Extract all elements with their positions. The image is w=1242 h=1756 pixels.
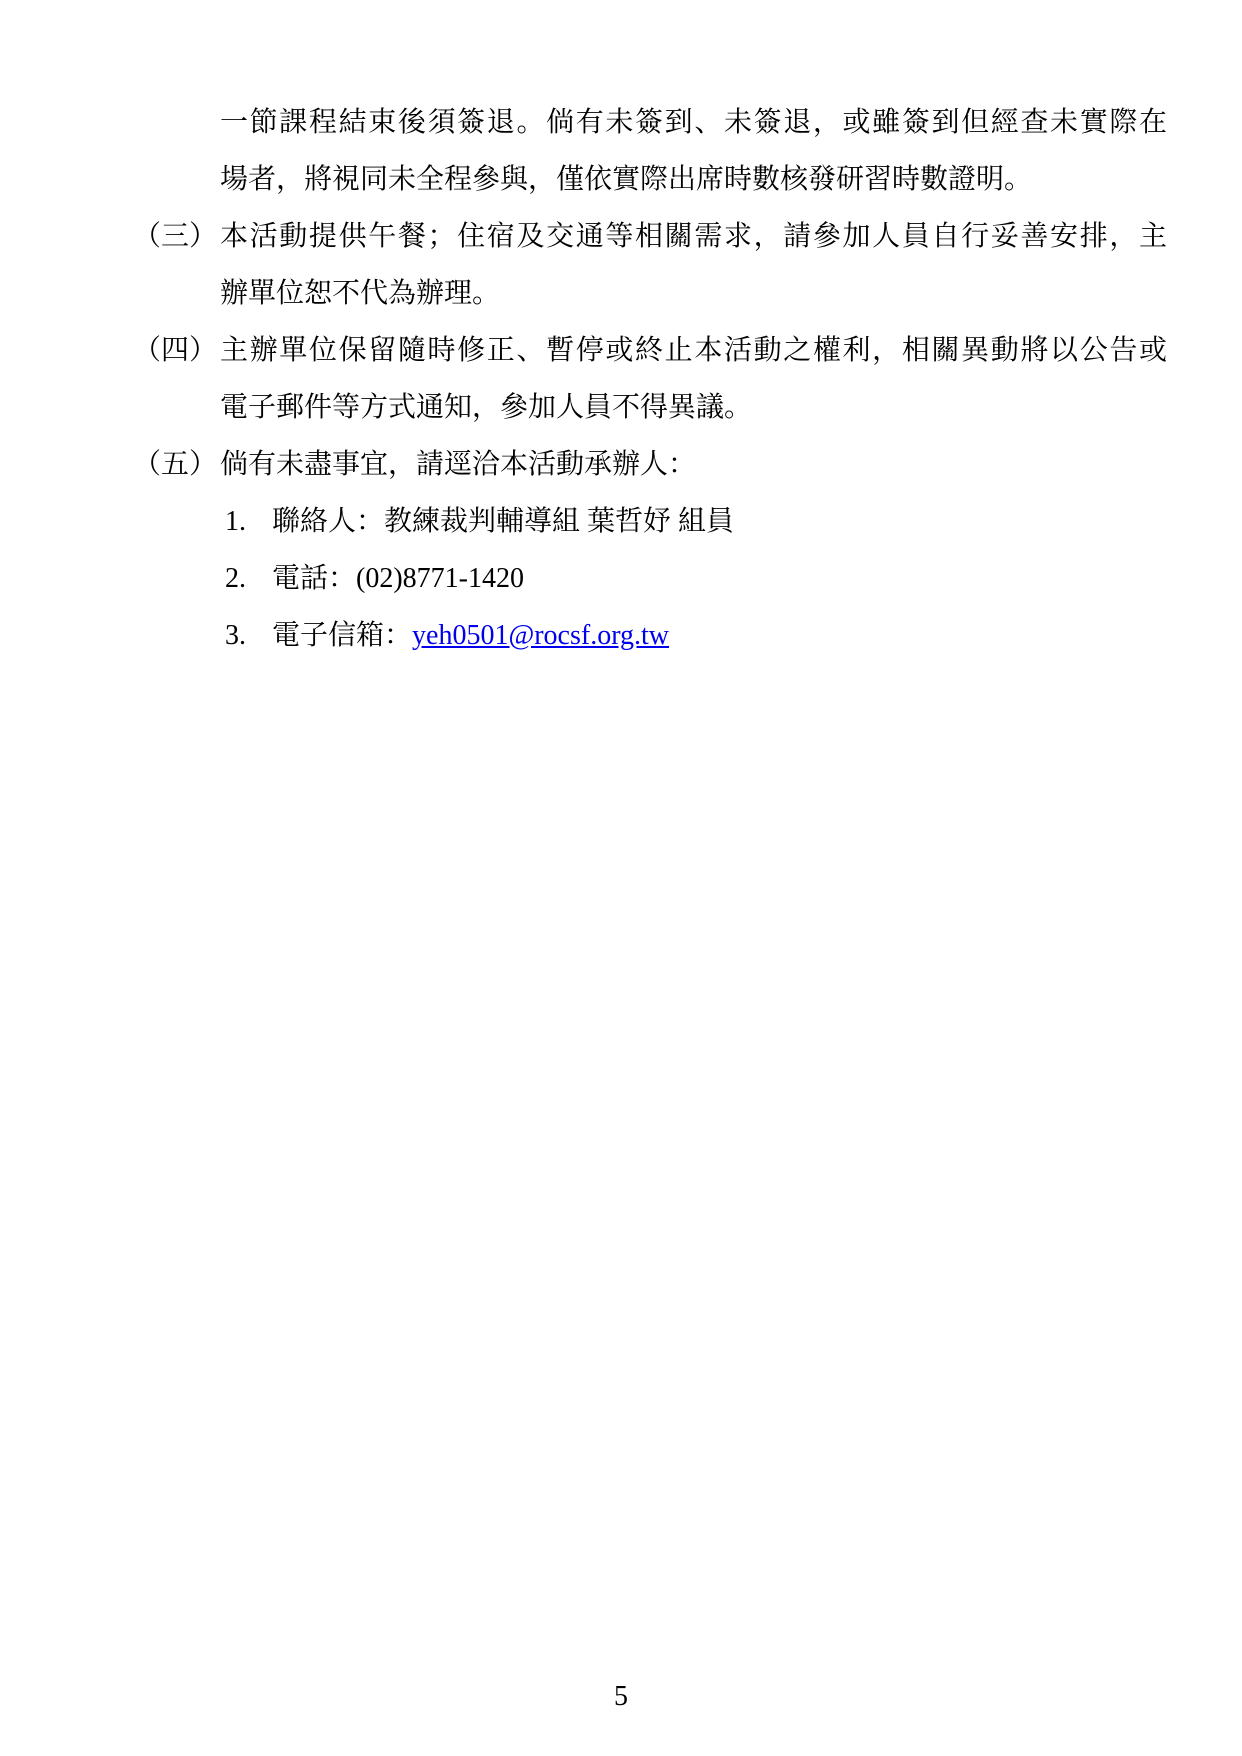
- line-text: 電子信箱：: [272, 607, 412, 664]
- doc-line: （四）主辦單位保留隨時修正、暫停或終止本活動之權利，相關異動將以公告或: [133, 322, 1167, 379]
- doc-line: （五）倘有未盡事宜，請逕洽本活動承辦人：: [133, 436, 1167, 493]
- list-marker: （四）: [133, 322, 220, 379]
- email-link[interactable]: yeh0501@rocsf.org.tw: [412, 607, 669, 664]
- doc-line: 場者，將視同未全程參與，僅依實際出席時數核發研習時數證明。: [133, 151, 1167, 208]
- subitem-number: 3.: [225, 607, 272, 664]
- list-marker: （三）: [133, 208, 220, 265]
- subitem-number: 1.: [225, 493, 272, 550]
- line-text: 倘有未盡事宜，請逕洽本活動承辦人：: [220, 436, 696, 493]
- doc-line: 1.聯絡人：教練裁判輔導組 葉哲妤 組員: [133, 493, 1167, 550]
- line-text: 本活動提供午餐；住宿及交通等相關需求，請參加人員自行妥善安排，主: [220, 208, 1167, 265]
- doc-line: （三）本活動提供午餐；住宿及交通等相關需求，請參加人員自行妥善安排，主: [133, 208, 1167, 265]
- document-page: 一節課程結束後須簽退。倘有未簽到、未簽退，或雖簽到但經查未實際在場者，將視同未全…: [0, 0, 1242, 1756]
- line-text: 聯絡人：教練裁判輔導組 葉哲妤 組員: [272, 493, 734, 550]
- doc-line: 電子郵件等方式通知，參加人員不得異議。: [133, 379, 1167, 436]
- line-text: 場者，將視同未全程參與，僅依實際出席時數核發研習時數證明。: [220, 151, 1032, 208]
- doc-line: 一節課程結束後須簽退。倘有未簽到、未簽退，或雖簽到但經查未實際在: [133, 94, 1167, 151]
- line-text: 電子郵件等方式通知，參加人員不得異議。: [220, 379, 752, 436]
- list-marker: （五）: [133, 436, 220, 493]
- document-body: 一節課程結束後須簽退。倘有未簽到、未簽退，或雖簽到但經查未實際在場者，將視同未全…: [133, 94, 1167, 664]
- doc-line: 3.電子信箱：yeh0501@rocsf.org.tw: [133, 607, 1167, 664]
- line-text: 辦單位恕不代為辦理。: [220, 265, 500, 322]
- doc-line: 2.電話：(02)8771-1420: [133, 550, 1167, 607]
- line-text: 主辦單位保留隨時修正、暫停或終止本活動之權利，相關異動將以公告或: [220, 322, 1167, 379]
- line-text: 電話：(02)8771-1420: [272, 550, 524, 607]
- line-text: 一節課程結束後須簽退。倘有未簽到、未簽退，或雖簽到但經查未實際在: [220, 94, 1167, 151]
- doc-line: 辦單位恕不代為辦理。: [133, 265, 1167, 322]
- page-number: 5: [0, 1668, 1242, 1725]
- subitem-number: 2.: [225, 550, 272, 607]
